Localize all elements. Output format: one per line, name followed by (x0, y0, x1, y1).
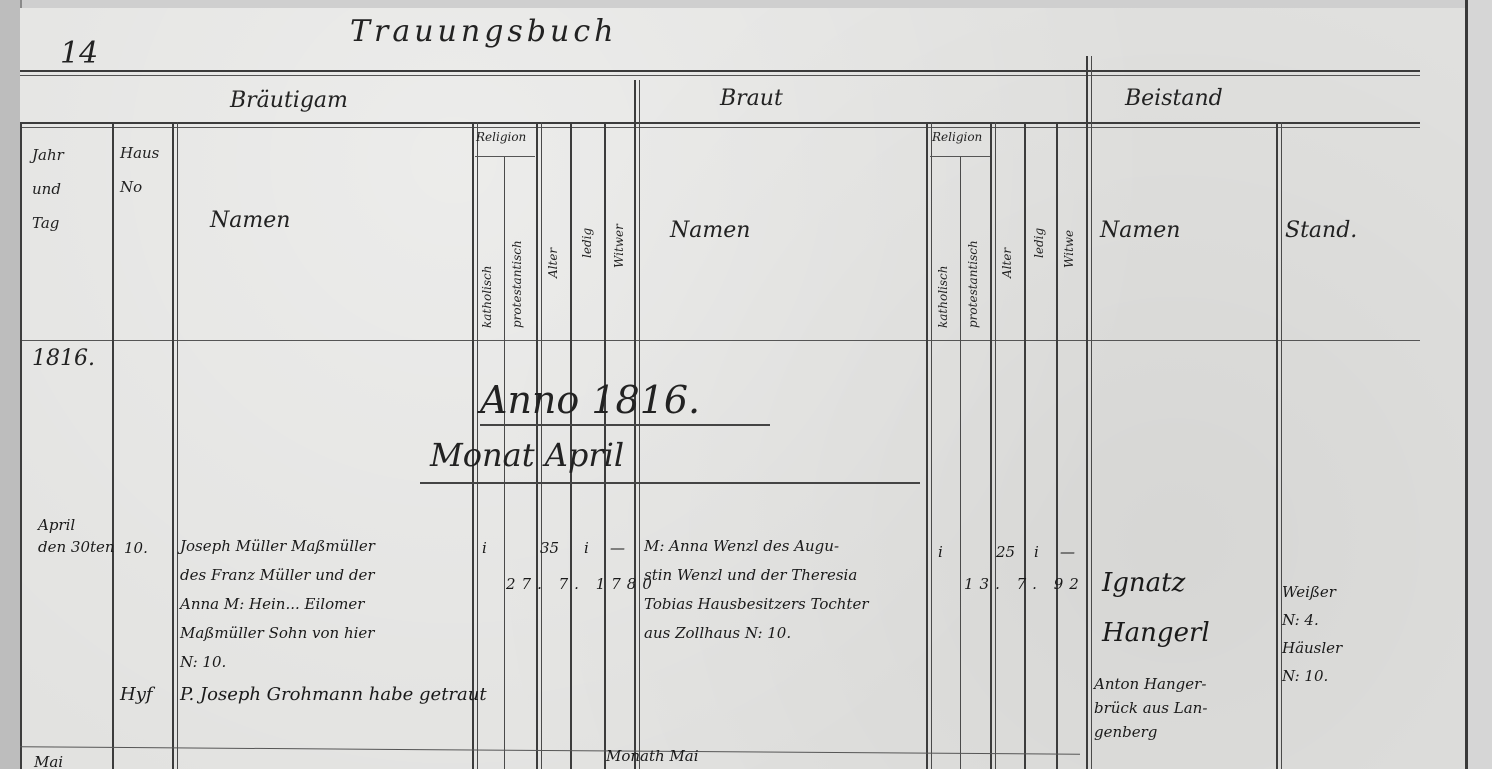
scan-next-page-edge (1465, 0, 1492, 769)
page-number: 14 (60, 36, 98, 71)
groom-widower-mark: — (610, 534, 625, 563)
header-house: Haus (120, 136, 159, 170)
section-groom: Bräutigam (230, 88, 348, 113)
rule-title (20, 70, 1420, 76)
header-no: No (120, 170, 159, 204)
groom-line-4: Maßmüller Sohn von hier (180, 619, 375, 648)
groom-single-mark: i (584, 534, 589, 563)
entry-bride: M: Anna Wenzl des Augu- stin Wenzl und d… (644, 532, 869, 648)
officiant-prefix: Hyf (120, 680, 153, 709)
rule-entry-bottom (20, 746, 1080, 754)
rule-sections (20, 122, 1420, 128)
groom-line-1: Joseph Müller Maßmüller (180, 532, 375, 561)
next-entry-date: Mai (34, 748, 63, 769)
entry-witness-name: Ignatz Hangerl (1102, 558, 1210, 658)
groom-religion-mark: i (482, 534, 487, 563)
rule-month-underline (420, 482, 920, 484)
status-line-4: N: 10. (1282, 662, 1342, 690)
header-bride-name: Namen (670, 218, 750, 243)
status-line-1: Weißer (1282, 578, 1342, 606)
section-witnesses: Beistand (1125, 86, 1223, 111)
header-und: und (32, 172, 64, 206)
header-groom-catholic: katholisch (480, 178, 494, 328)
bride-widow-mark: — (1060, 538, 1075, 567)
col-divider-bride-rel (990, 122, 996, 769)
witness2-line-1: Anton Hanger- (1094, 672, 1207, 696)
col-divider-year (112, 122, 114, 769)
col-divider-bride-age (1024, 122, 1026, 769)
bride-line-4: aus Zollhaus N: 10. (644, 619, 869, 648)
header-groom-single: ledig (580, 158, 594, 258)
section-bride: Braut (720, 86, 783, 111)
scan-left-margin (0, 0, 22, 769)
bride-birth: 13. 7. 92 (964, 570, 1085, 599)
header-bride-catholic: katholisch (936, 178, 950, 328)
header-bride-protestant: protestantisch (966, 178, 980, 328)
bride-single-mark: i (1034, 538, 1039, 567)
status-line-3: Häusler (1282, 634, 1342, 662)
col-divider-bride-name (926, 122, 932, 769)
heading-anno: Anno 1816. (480, 378, 770, 426)
header-bride-religion: Religion (932, 130, 982, 144)
groom-line-5: N: 10. (180, 648, 375, 677)
bride-age: 25 (996, 538, 1015, 567)
header-year: Jahr (32, 138, 64, 172)
year-marker: 1816. (32, 346, 95, 371)
bride-line-2: stin Wenzl und der Theresia (644, 561, 869, 590)
entry-witness-second: Anton Hanger- brück aus Lan- genberg (1094, 672, 1207, 744)
entry-date-day: den 30ten (38, 536, 115, 558)
entry-date-month: April (38, 514, 115, 536)
header-groom-religion: Religion (476, 130, 526, 144)
header-groom-protestant: protestantisch (510, 178, 524, 328)
col-divider-bride-single (1056, 122, 1058, 769)
header-bride-age: Alter (1000, 178, 1014, 278)
status-line-2: N: 4. (1282, 606, 1342, 634)
entry-groom: Joseph Müller Maßmüller des Franz Müller… (180, 532, 375, 677)
header-groom-age: Alter (546, 178, 560, 278)
header-bride-single: ledig (1032, 158, 1046, 258)
witness2-line-2: brück aus Lan- (1094, 696, 1207, 720)
entry-date: April den 30ten (38, 514, 115, 558)
header-year-day: Jahr und Tag (32, 138, 64, 240)
col-left-edge (20, 122, 22, 769)
header-house-no: Haus No (120, 136, 159, 204)
rule-groom-religion (475, 156, 535, 157)
groom-line-2: des Franz Müller und der (180, 561, 375, 590)
header-witness-status: Stand. (1285, 218, 1357, 243)
bride-line-1: M: Anna Wenzl des Augu- (644, 532, 869, 561)
witness2-line-3: genberg (1094, 720, 1207, 744)
rule-bride-religion (930, 156, 990, 157)
entry-house-no: 10. (124, 534, 148, 563)
header-groom-name: Namen (210, 208, 290, 233)
col-divider-bride-witness (1086, 56, 1092, 769)
header-bride-widow: Witwe (1062, 148, 1076, 268)
groom-birth: 27. 7. 1780 (506, 570, 658, 599)
entry-witness-status: Weißer N: 4. Häusler N: 10. (1282, 578, 1342, 690)
col-divider-house (172, 122, 178, 769)
officiant-note: P. Joseph Grohmann habe getraut (180, 680, 487, 709)
header-day: Tag (32, 206, 64, 240)
groom-age: 35 (540, 534, 559, 563)
register-page: 14 Trauungsbuch Bräutigam Braut Beistand… (20, 8, 1465, 769)
witness-first-name: Ignatz (1102, 558, 1210, 608)
header-groom-widower: Witwer (612, 148, 626, 268)
groom-line-3: Anna M: Hein... Eilomer (180, 590, 375, 619)
col-divider-bride-cath (960, 156, 961, 769)
page-title: Trauungsbuch (350, 14, 617, 49)
bride-religion-mark: i (938, 538, 943, 567)
bride-line-3: Tobias Hausbesitzers Tochter (644, 590, 869, 619)
header-witness-name: Namen (1100, 218, 1180, 243)
rule-header-bottom (20, 340, 1420, 341)
heading-next-month: Monath Mai (606, 742, 699, 769)
heading-month: Monat April (430, 436, 624, 474)
witness-surname: Hangerl (1102, 608, 1210, 658)
